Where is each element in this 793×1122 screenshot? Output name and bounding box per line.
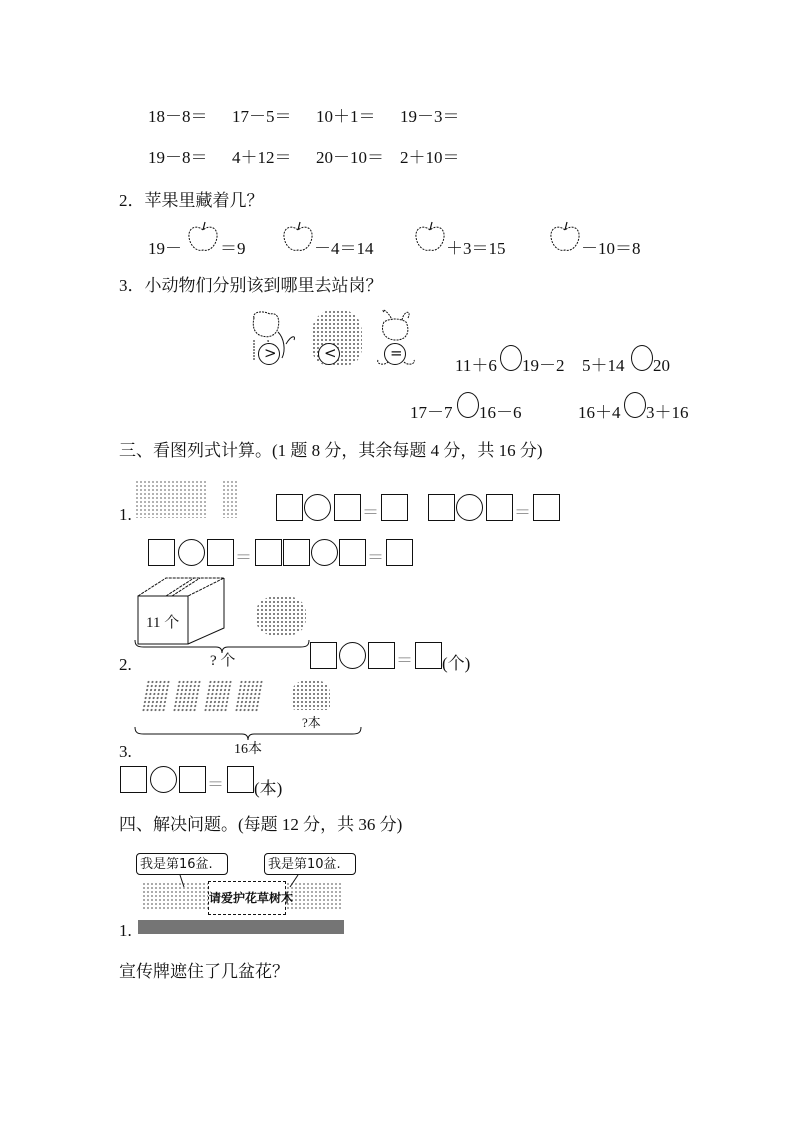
speech-bubble-right: 我是第10盆.	[264, 853, 356, 875]
schoolbag-icon	[292, 680, 330, 710]
answer-box[interactable]	[207, 539, 234, 566]
apple-icon	[548, 220, 582, 256]
section-heading: 四、解决问题。(每题 12 分，共 36 分)	[119, 815, 402, 835]
compare-circle[interactable]	[631, 345, 653, 371]
equation-part: －10＝8	[581, 239, 641, 259]
answer-box[interactable]	[428, 494, 455, 521]
brace-label: ? 个	[210, 651, 235, 671]
compare-circle[interactable]	[457, 392, 479, 418]
operator-circle[interactable]	[311, 539, 338, 566]
operator-circle[interactable]	[339, 642, 366, 669]
expression: 17－7	[410, 403, 453, 423]
section-heading: 三、看图列式计算。(1 题 8 分，其余每题 4 分，共 16 分)	[119, 441, 543, 461]
book-icon	[172, 680, 202, 712]
equals-sign: ＝	[367, 548, 384, 568]
box-icon	[136, 576, 226, 646]
question-text: 宣传牌遮住了几盆花？	[119, 962, 289, 982]
answer-box[interactable]	[310, 642, 337, 669]
answer-box[interactable]	[334, 494, 361, 521]
equation: 18－8＝	[148, 107, 208, 127]
equation-part: ＋3＝15	[446, 239, 506, 259]
answer-box[interactable]	[368, 642, 395, 669]
book-icon	[203, 680, 233, 712]
book-icon	[141, 680, 171, 712]
equal-sign: =	[384, 343, 406, 365]
problem-label: 1.	[119, 921, 132, 941]
answer-box[interactable]	[415, 642, 442, 669]
operator-circle[interactable]	[456, 494, 483, 521]
less-than-sign: <	[318, 343, 340, 365]
expression: 16＋4	[578, 403, 621, 423]
equation: 10＋1＝	[316, 107, 376, 127]
brace-label: 16本	[234, 738, 262, 758]
apple-icon	[186, 220, 220, 256]
flower-picture	[222, 480, 238, 518]
equals-sign: ＝	[207, 775, 224, 795]
compare-circle[interactable]	[500, 345, 522, 371]
unit-label: (个)	[442, 654, 470, 674]
answer-box[interactable]	[283, 539, 310, 566]
expression: 11＋6	[455, 356, 497, 376]
box-label: 11 个	[146, 613, 179, 633]
ground-texture	[138, 920, 344, 934]
answer-box[interactable]	[486, 494, 513, 521]
sign-board: 请爱护花草树木	[208, 881, 286, 915]
flowers-picture	[135, 480, 207, 518]
expression: 16－6	[479, 403, 522, 423]
equation: 4＋12＝	[232, 148, 292, 168]
operator-circle[interactable]	[150, 766, 177, 793]
answer-box[interactable]	[339, 539, 366, 566]
answer-box[interactable]	[255, 539, 282, 566]
answer-box[interactable]	[148, 539, 175, 566]
equals-sign: ＝	[514, 503, 531, 523]
equation-part: －4＝14	[314, 239, 374, 259]
equation: 20－10＝	[316, 148, 384, 168]
book-icon	[234, 680, 264, 712]
answer-box[interactable]	[381, 494, 408, 521]
question-title: 2．苹果里藏着几？	[119, 191, 264, 211]
expression: 5＋14	[582, 356, 625, 376]
equation-part: ＝9	[220, 239, 246, 259]
apple-icon	[281, 220, 315, 256]
equation: 17－5＝	[232, 107, 292, 127]
answer-box[interactable]	[386, 539, 413, 566]
unit-label: (本)	[254, 779, 282, 799]
answer-box[interactable]	[533, 494, 560, 521]
equation-part: 19－	[148, 239, 182, 259]
apple-icon	[413, 220, 447, 256]
operator-circle[interactable]	[178, 539, 205, 566]
operator-circle[interactable]	[304, 494, 331, 521]
expression: 20	[653, 356, 670, 376]
greater-than-sign: >	[258, 343, 280, 365]
problem-label: 3.	[119, 742, 132, 762]
compare-circle[interactable]	[624, 392, 646, 418]
items-picture	[256, 596, 306, 636]
answer-box[interactable]	[120, 766, 147, 793]
equation: 19－8＝	[148, 148, 208, 168]
equals-sign: ＝	[362, 503, 379, 523]
equals-sign: ＝	[235, 548, 252, 568]
answer-box[interactable]	[179, 766, 206, 793]
speech-bubble-left: 我是第16盆.	[136, 853, 228, 875]
problem-label: 2.	[119, 655, 132, 675]
expression: 3＋16	[646, 403, 689, 423]
equation: 19－3＝	[400, 107, 460, 127]
equals-sign: ＝	[396, 651, 413, 671]
answer-box[interactable]	[276, 494, 303, 521]
problem-label: 1.	[119, 505, 132, 525]
question-title: 3．小动物们分别该到哪里去站岗？	[119, 276, 383, 296]
equation: 2＋10＝	[400, 148, 460, 168]
expression: 19－2	[522, 356, 565, 376]
answer-box[interactable]	[227, 766, 254, 793]
